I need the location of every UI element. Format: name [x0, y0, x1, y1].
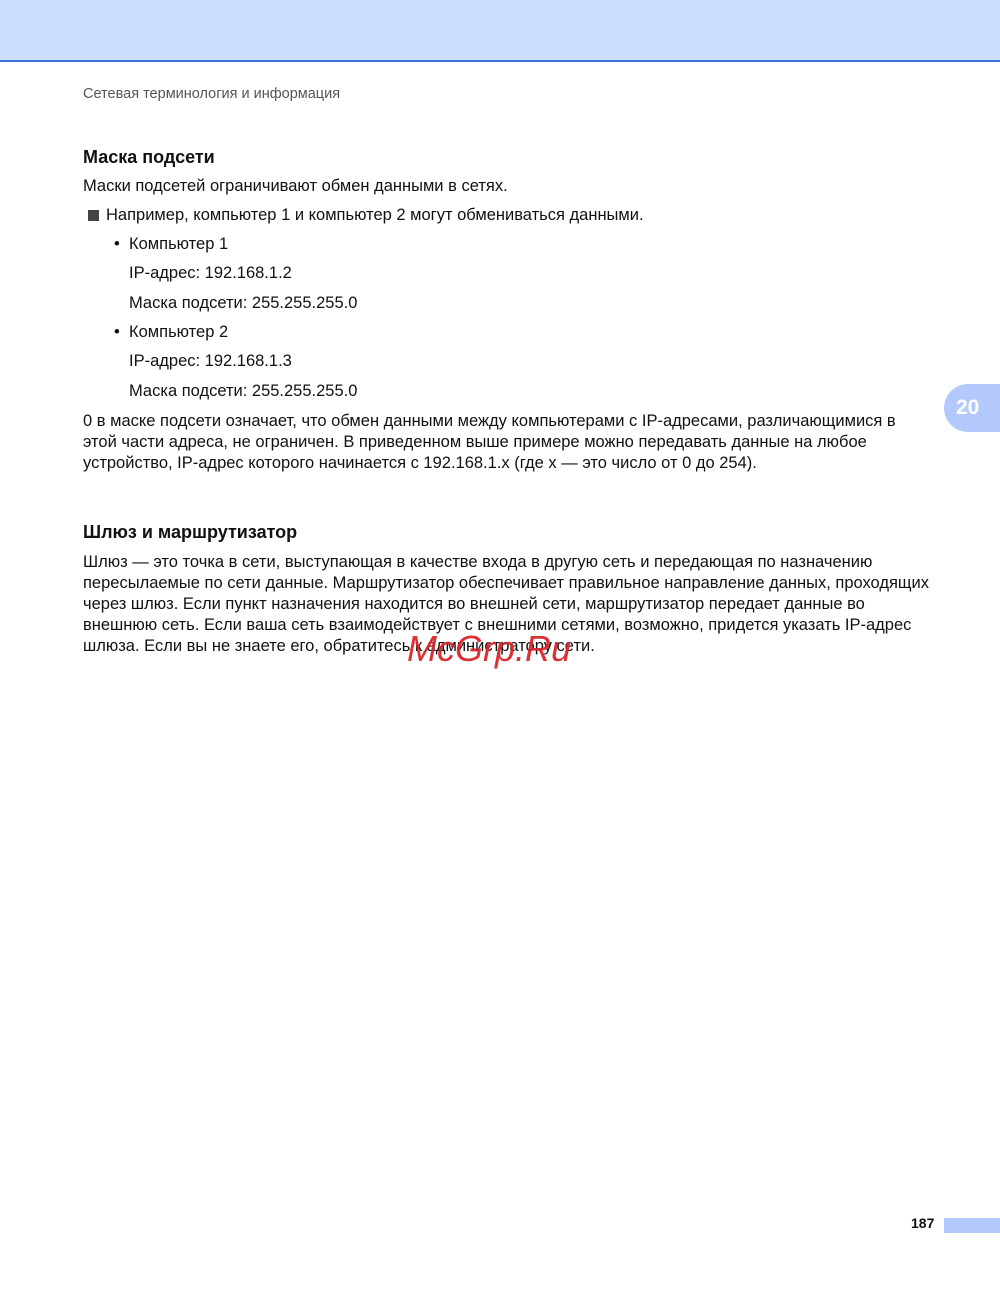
running-header: Сетевая терминология и информация [83, 86, 340, 102]
example-text: Например, компьютер 1 и компьютер 2 могу… [106, 205, 644, 226]
bullet-icon: • [114, 322, 129, 343]
computer-2-ip: IP-адрес: 192.168.1.3 [129, 351, 292, 372]
computer-1-name: Компьютер 1 [129, 235, 228, 253]
computer-1-mask: Маска подсети: 255.255.255.0 [129, 293, 357, 314]
example-list-item: Например, компьютер 1 и компьютер 2 могу… [88, 205, 644, 226]
chapter-tab: 20 [944, 384, 1000, 432]
computer-1-item: •Компьютер 1 [114, 234, 228, 255]
subnet-mask-intro: Маски подсетей ограничивают обмен данным… [83, 176, 508, 197]
section-title-subnet-mask: Маска подсети [83, 145, 215, 169]
computer-2-name: Компьютер 2 [129, 323, 228, 341]
computer-2-item: •Компьютер 2 [114, 322, 228, 343]
page-number: 187 [911, 1215, 934, 1231]
computer-2-mask: Маска подсети: 255.255.255.0 [129, 381, 357, 402]
bullet-icon: • [114, 234, 129, 255]
top-header-band [0, 0, 1000, 62]
page-number-bar [944, 1218, 1000, 1233]
chapter-number: 20 [956, 396, 979, 420]
subnet-mask-explanation: 0 в маске подсети означает, что обмен да… [83, 411, 903, 474]
section-title-gateway: Шлюз и маршрутизатор [83, 520, 297, 544]
square-bullet-icon [88, 210, 99, 221]
computer-1-ip: IP-адрес: 192.168.1.2 [129, 263, 292, 284]
watermark: McGrp.Ru [407, 628, 571, 670]
